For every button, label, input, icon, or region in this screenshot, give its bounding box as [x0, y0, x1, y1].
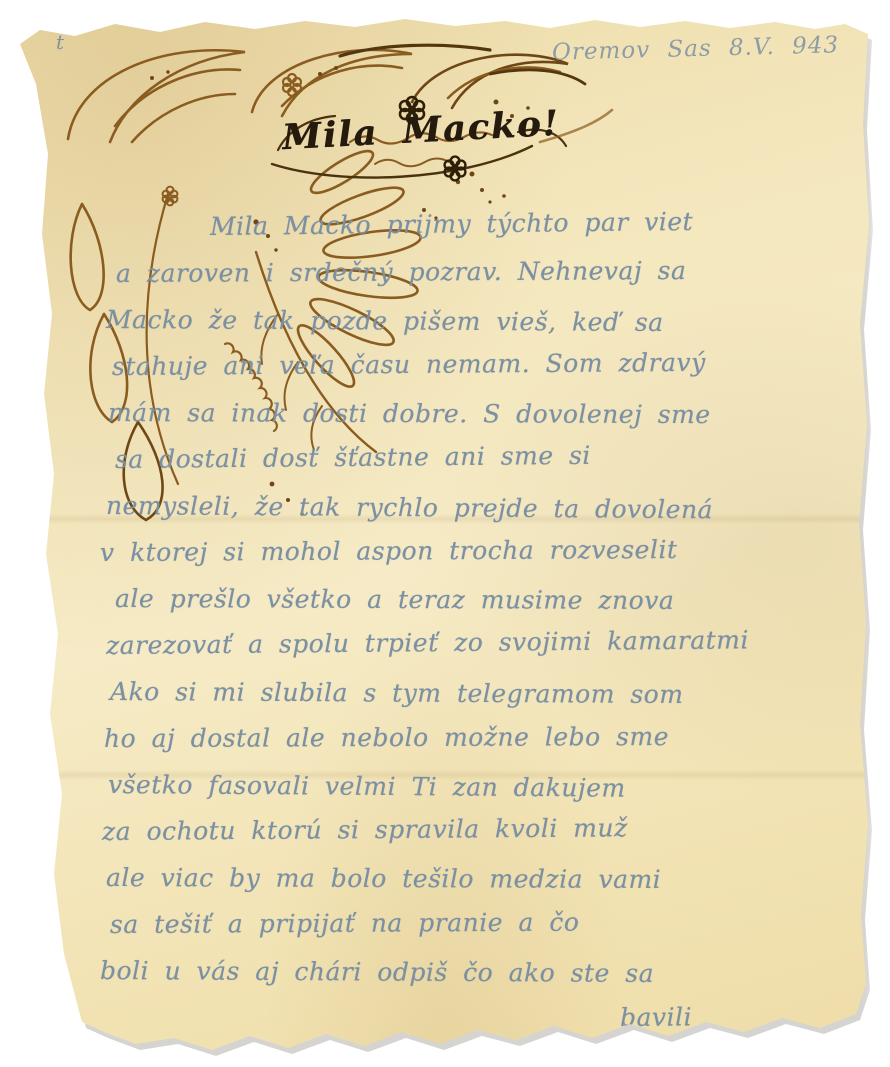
letter-line: v ktorej si mohol aspon trocha rozveseli… — [100, 525, 870, 576]
letter-line: sa dostali dosť šťastne ani sme si — [115, 430, 870, 483]
letter-line: ale viac by ma bolo tešilo medzia vami — [106, 855, 870, 904]
corner-mark: t — [56, 30, 64, 54]
letter-line: zarezovať a spolu trpieť zo svojimi kama… — [106, 616, 870, 669]
letter-line: ho aj dostal ale nebolo možne lebo sme — [104, 713, 870, 762]
letter-line: stahuje ani veľa času nemam. Som zdravý — [112, 338, 870, 390]
letter-line: a zaroven i srdečný pozrav. Nehnevaj sa — [116, 247, 870, 297]
flower-doodle-small — [163, 187, 178, 206]
letter-line: Ako si mi slubila s tym telegramom som — [110, 669, 870, 719]
flower-doodle-brown — [283, 74, 301, 96]
letter-scan: t Oremov Sas 8.V. 943 Mila Macko! Mila M… — [0, 0, 890, 1067]
letter-line: sa tešiť a pripijať na pranie a čo — [110, 898, 870, 948]
letter-line: za ochotu ktorú si spravila kvoli muž — [102, 803, 870, 855]
letter-line: boli u vás aj chári odpiš čo ako ste sa — [100, 948, 870, 999]
letter-body: Mila Macko prijmy týchto par viet a zaro… — [20, 204, 870, 1041]
letter-line: Mila Macko prijmy týchto par viet — [210, 197, 870, 250]
letter-paper: t Oremov Sas 8.V. 943 Mila Macko! Mila M… — [20, 14, 870, 1059]
flower-doodle-dark-2 — [445, 157, 466, 181]
